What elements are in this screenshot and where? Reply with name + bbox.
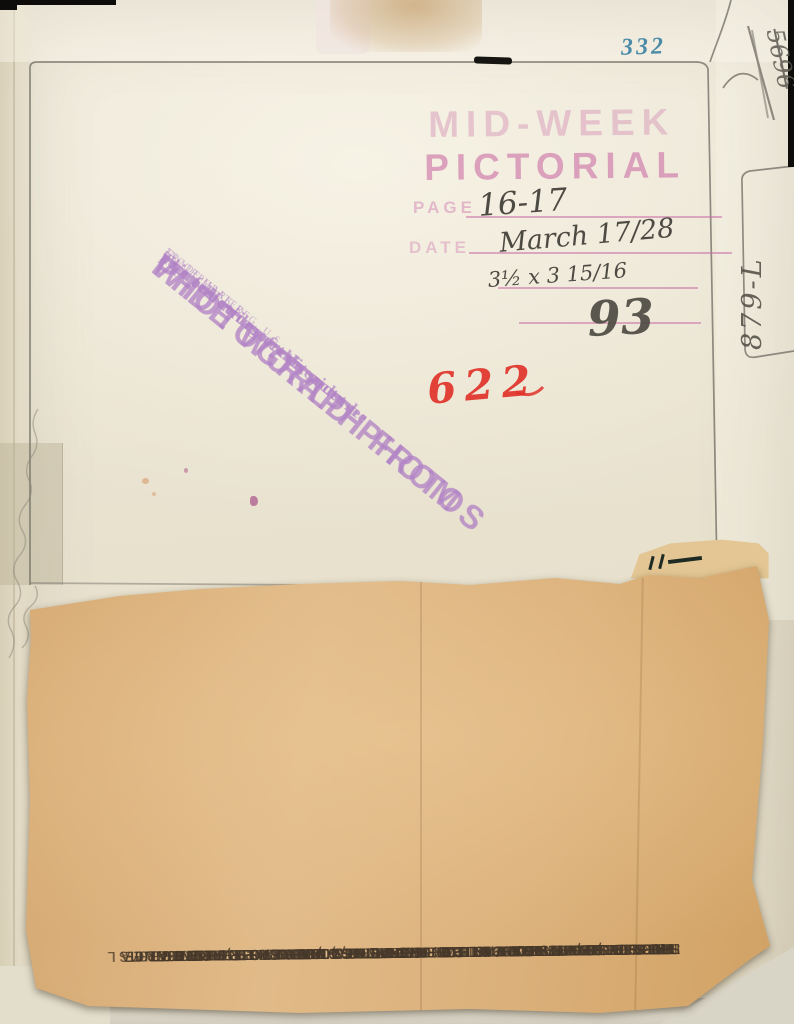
press-photo-back: MID-WEEK PICTORIAL PAGE DATE 16-17 March… — [0, 0, 794, 1024]
caption-slip: #6-A LOCAL...NEW YORK CITY..A LESSON FOR… — [22, 548, 774, 1018]
caption-slip-shadow: #6-A LOCAL...NEW YORK CITY..A LESSON FOR… — [0, 0, 794, 1024]
slip-vignette — [22, 548, 774, 1018]
